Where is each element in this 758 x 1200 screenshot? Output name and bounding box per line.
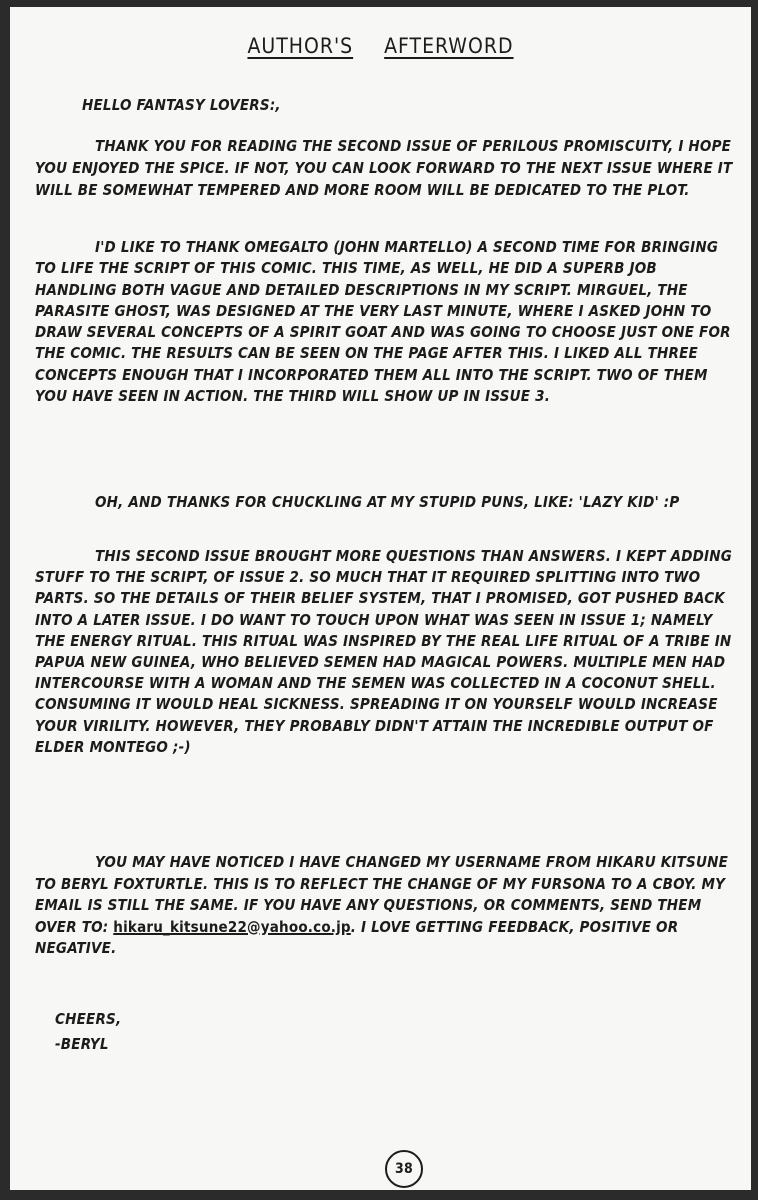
title-word-1: AUTHOR'S — [247, 34, 353, 58]
email-link[interactable]: hikaru_kitsune22@yahoo.co.jp — [113, 918, 351, 936]
closing-text: CHEERS, — [55, 1007, 755, 1032]
paragraph-artist: I'D LIKE TO THANK OMEGALTO (JOHN MARTELL… — [35, 237, 735, 407]
paragraph-username: YOU MAY HAVE NOTICED I HAVE CHANGED MY U… — [35, 852, 735, 960]
page-number: 38 — [385, 1150, 423, 1188]
paragraph-puns: OH, AND THANKS FOR CHUCKLING AT MY STUPI… — [35, 491, 735, 513]
greeting: HELLO FANTASY LOVERS:, — [82, 94, 758, 116]
paragraph-thanks: THANK YOU FOR READING THE SECOND ISSUE O… — [35, 135, 735, 201]
paragraph-ritual: THIS SECOND ISSUE BROUGHT MORE QUESTIONS… — [35, 546, 735, 758]
closing-block: CHEERS, -BERYL — [55, 1007, 755, 1057]
signature: -BERYL — [55, 1032, 755, 1057]
title-word-2: AFTERWORD — [384, 34, 513, 58]
afterword-page: AUTHOR'S AFTERWORD HELLO FANTASY LOVERS:… — [10, 7, 751, 1190]
page-title: AUTHOR'S AFTERWORD — [10, 35, 751, 57]
